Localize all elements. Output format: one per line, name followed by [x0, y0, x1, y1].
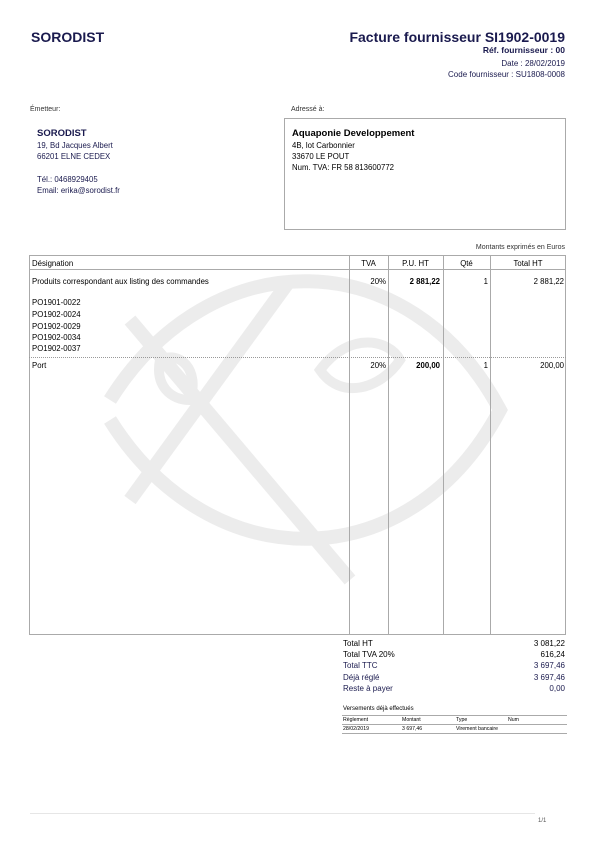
line-designation: Port [32, 361, 46, 370]
payments-col-date: Règlement [343, 717, 368, 723]
supplier-code: Code fournisseur : SU1808-0008 [448, 70, 565, 79]
footer-divider [30, 813, 535, 814]
sender-address1: 19, Bd Jacques Albert [37, 141, 113, 150]
supplier-ref: Réf. fournisseur : 00 [483, 45, 565, 55]
sender-label: Émetteur: [30, 106, 60, 113]
header-divider [29, 269, 566, 270]
line-total: 2 881,22 [490, 277, 564, 286]
company-name: SORODIST [31, 29, 104, 45]
payments-divider [342, 733, 567, 734]
payments-col-amount: Montant [402, 717, 421, 723]
remaining-value: 0,00 [549, 684, 565, 693]
line-qty: 1 [443, 277, 488, 286]
order-ref: PO1902-0034 [32, 333, 81, 342]
recipient-label: Adressé à: [291, 106, 324, 113]
total-ttc-value: 3 697,46 [534, 661, 565, 670]
payments-title: Versements déjà effectués [343, 706, 414, 712]
page-number: 1/1 [538, 818, 546, 824]
invoice-date: Date : 28/02/2019 [501, 59, 565, 68]
recipient-vat: Num. TVA: FR 58 813600772 [292, 163, 394, 172]
recipient-name: Aquaponie Developpement [292, 128, 414, 139]
col-header-qty: Qté [443, 259, 490, 268]
total-tva-label: Total TVA 20% [343, 650, 395, 659]
payments-divider [342, 715, 567, 716]
column-divider [443, 255, 444, 635]
sender-email: Email: erika@sorodist.fr [37, 186, 120, 195]
column-divider [490, 255, 491, 635]
order-ref: PO1902-0024 [32, 310, 81, 319]
recipient-address2: 33670 LE POUT [292, 152, 349, 161]
payment-amount: 3 697,46 [402, 726, 422, 732]
currency-note: Montants exprimés en Euros [476, 244, 565, 251]
total-tva-value: 616,24 [541, 650, 565, 659]
line-qty: 1 [443, 361, 488, 370]
line-tva: 20% [349, 361, 386, 370]
line-unit-price: 2 881,22 [388, 277, 440, 286]
line-designation: Produits correspondant aux listing des c… [32, 277, 209, 286]
payment-date: 28/02/2019 [343, 726, 369, 732]
payment-type: Virement bancaire [456, 726, 498, 732]
line-total: 200,00 [490, 361, 564, 370]
recipient-address1: 4B, lot Carbonnier [292, 141, 355, 150]
already-paid-label: Déjà réglé [343, 673, 379, 682]
payments-col-num: Num [508, 717, 519, 723]
sender-phone: Tél.: 0468929405 [37, 175, 98, 184]
remaining-label: Reste à payer [343, 684, 393, 693]
total-ht-label: Total HT [343, 639, 373, 648]
order-ref: PO1902-0037 [32, 344, 81, 353]
col-header-total: Total HT [490, 259, 566, 268]
total-ht-value: 3 081,22 [534, 639, 565, 648]
sender-name: SORODIST [37, 128, 87, 139]
invoice-lines-table [29, 255, 566, 635]
line-unit-price: 200,00 [388, 361, 440, 370]
column-divider [349, 255, 350, 635]
payments-divider [342, 724, 567, 725]
line-tva: 20% [349, 277, 386, 286]
sender-address2: 66201 ELNE CEDEX [37, 152, 110, 161]
row-divider [29, 357, 566, 358]
column-divider [388, 255, 389, 635]
col-header-tva: TVA [349, 259, 388, 268]
total-ttc-label: Total TTC [343, 661, 378, 670]
invoice-title: Facture fournisseur SI1902-0019 [349, 29, 565, 45]
order-ref: PO1901-0022 [32, 298, 81, 307]
already-paid-value: 3 697,46 [534, 673, 565, 682]
col-header-designation: Désignation [32, 259, 73, 268]
order-ref: PO1902-0029 [32, 322, 81, 331]
payments-col-type: Type [456, 717, 467, 723]
col-header-unit-price: P.U. HT [388, 259, 443, 268]
